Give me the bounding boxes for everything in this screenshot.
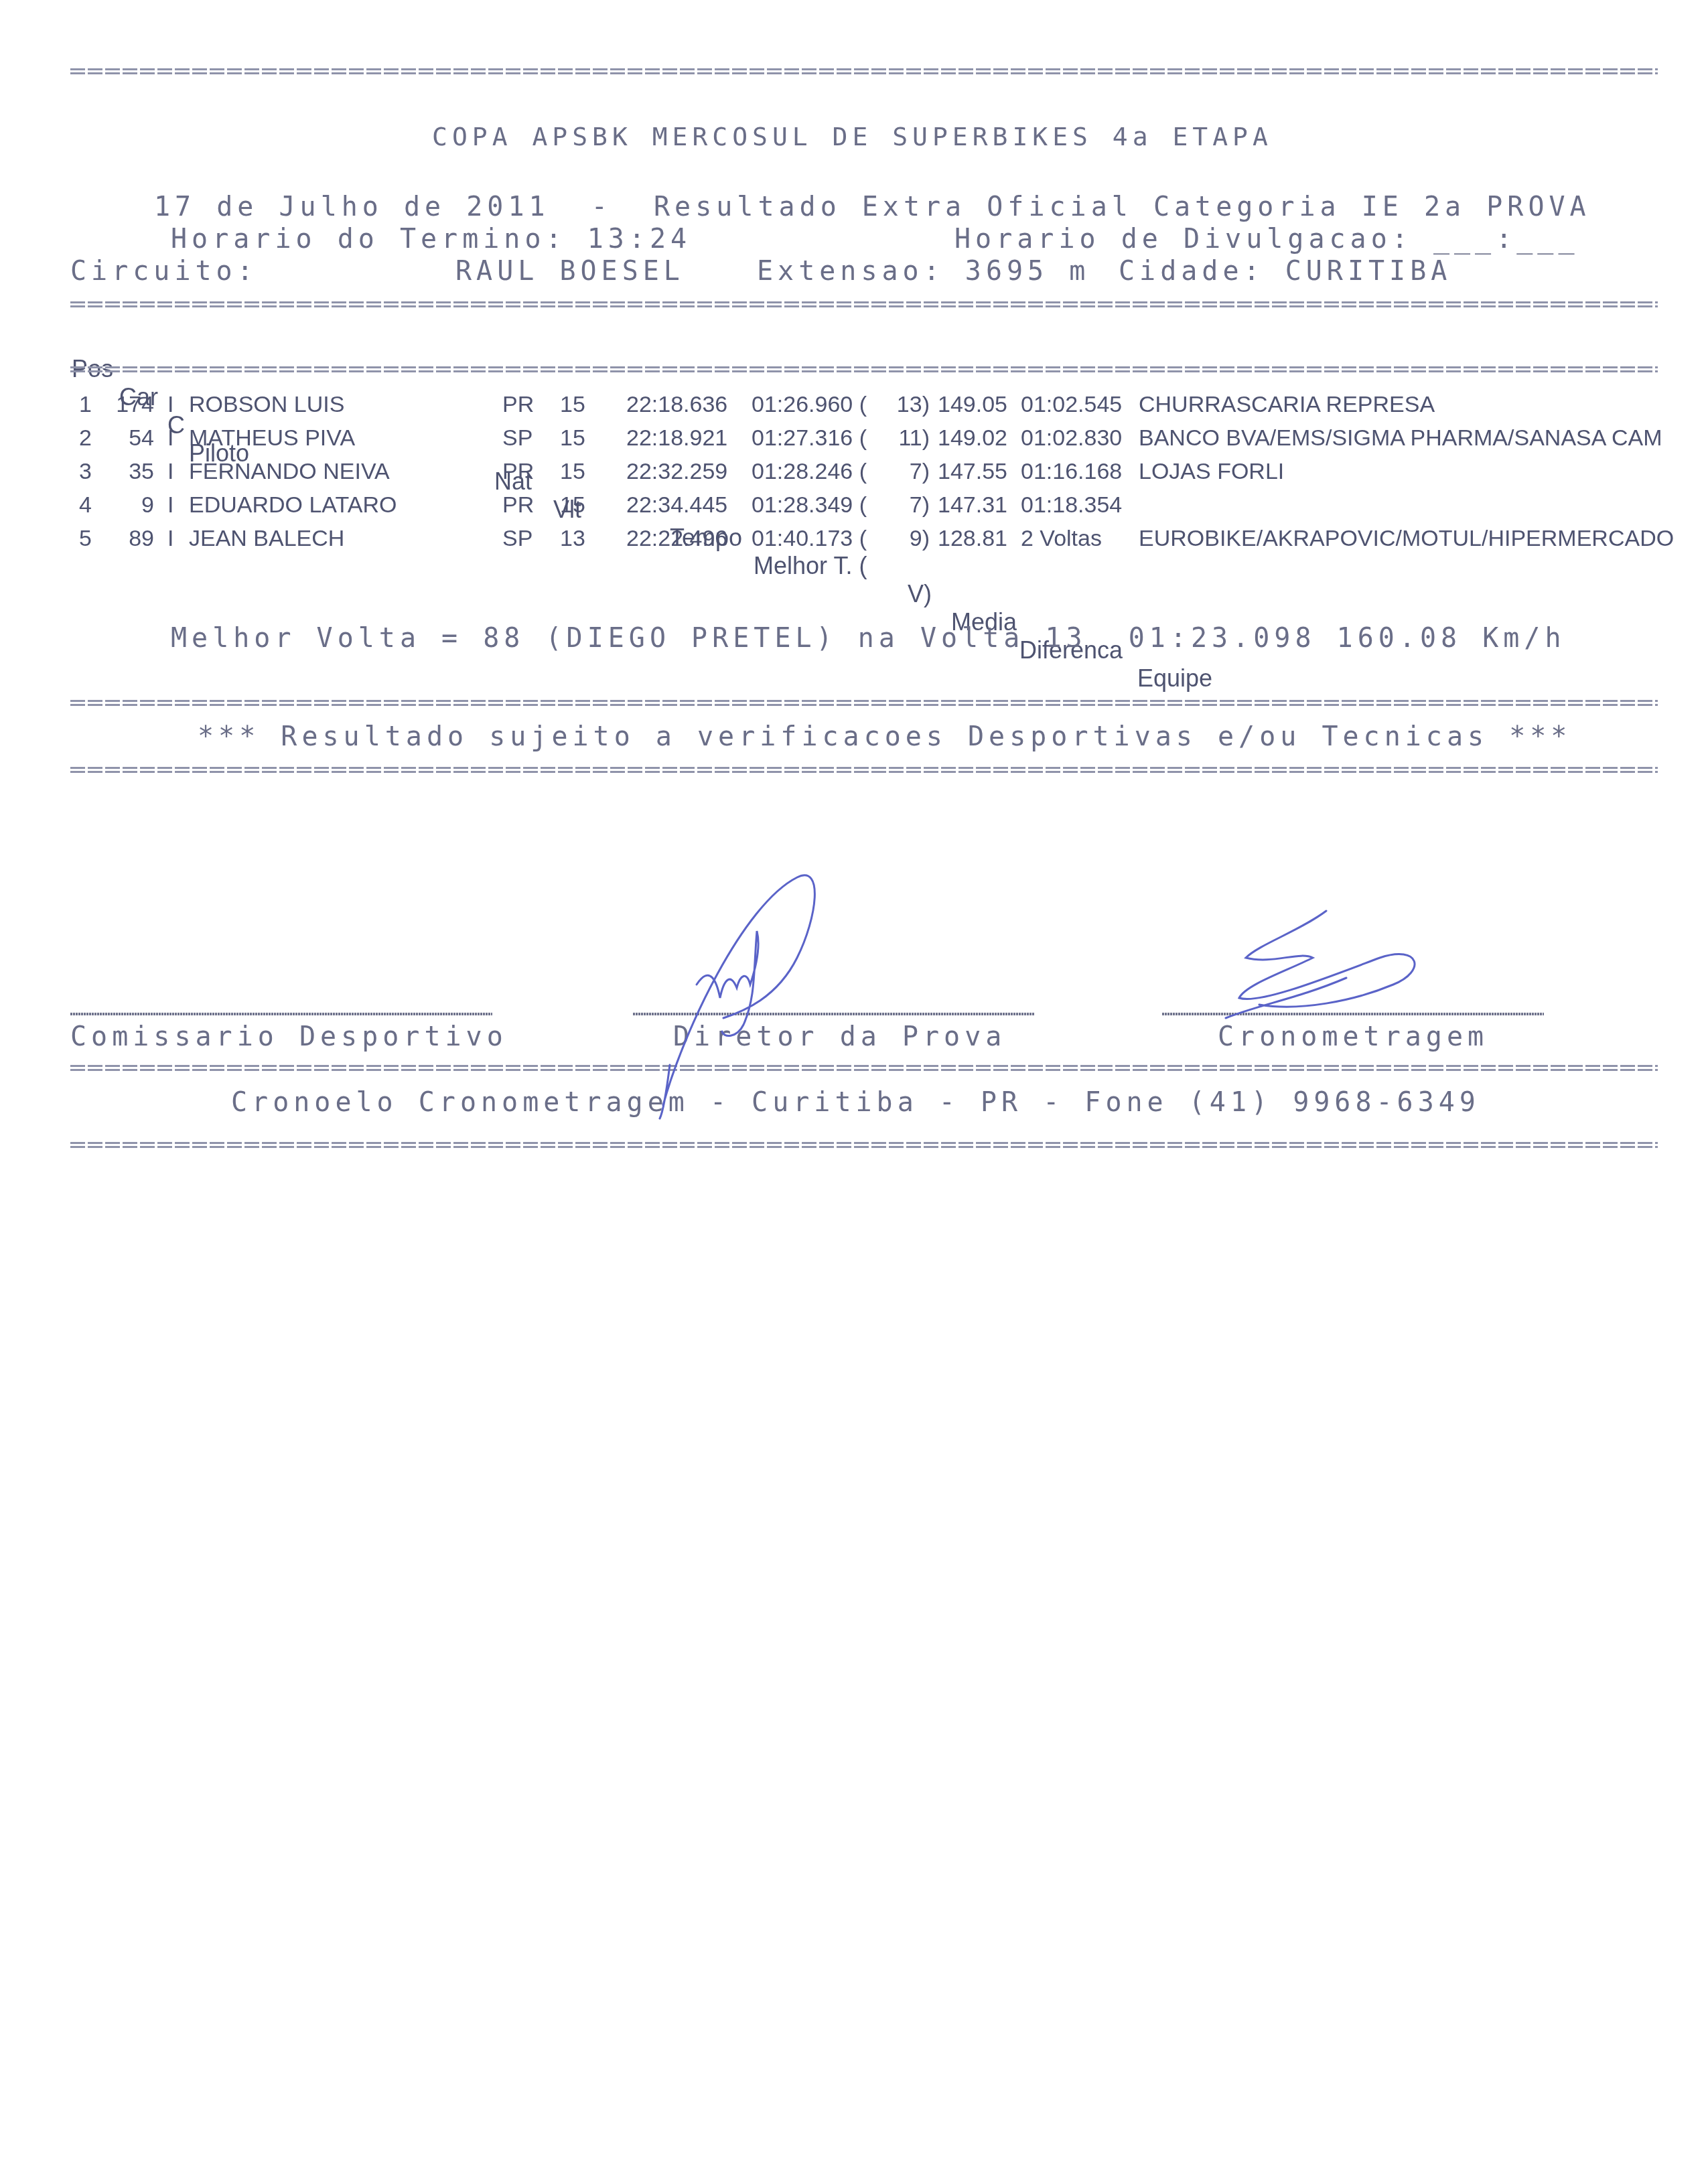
cell-melhor: 01:28.246 ( [752, 459, 867, 485]
disclaimer: *** Resultado sujeito a verificacoes Des… [198, 721, 1571, 752]
cell-nat: PR [502, 392, 534, 418]
header-equipe: Equipe [1137, 664, 1212, 693]
circuit-label: Circuito: [70, 256, 258, 287]
cell-vlt: 15 [560, 425, 585, 451]
cell-piloto: MATHEUS PIVA [189, 425, 355, 451]
label-commissioner: Comissario Desportivo [70, 1021, 508, 1052]
cell-c: I [167, 526, 173, 552]
cell-melhor: 01:28.349 ( [752, 492, 867, 518]
cell-piloto: JEAN BALECH [189, 526, 344, 552]
cell-car: 89 [114, 526, 154, 552]
cell-car: 174 [114, 392, 154, 418]
best-lap-line: Melhor Volta = 88 (DIEGO PRETEL) na Volt… [171, 623, 1566, 654]
release-time: Horario de Divulgacao: ___:___ [954, 224, 1579, 255]
table-row: 335IFERNANDO NEIVAPR1522:32.25901:28.246… [0, 459, 1708, 488]
separator-rule [70, 1142, 1658, 1148]
document-title: COPA APSBK MERCOSUL DE SUPERBIKES 4a ETA… [432, 122, 1273, 151]
table-header: Pos Car C Piloto Nat Vlt Tempo Melhor T.… [0, 327, 1708, 356]
cell-tempo: 22:18.921 [626, 425, 727, 451]
signature-line-commissioner [70, 1013, 492, 1015]
cell-car: 54 [114, 425, 154, 451]
cell-media: 149.02 [938, 425, 1007, 451]
cell-pos: 1 [72, 392, 92, 418]
table-row: 49IEDUARDO LATAROPR1522:34.44501:28.349 … [0, 492, 1708, 522]
separator-rule [70, 767, 1658, 773]
cell-diferenca: 01:02.830 [1021, 425, 1122, 451]
table-row: 589IJEAN BALECHSP1322:22.49601:40.173 (9… [0, 526, 1708, 555]
cell-nat: PR [502, 492, 534, 518]
cell-car: 35 [114, 459, 154, 485]
cell-vlt: 13 [560, 526, 585, 552]
cell-c: I [167, 425, 173, 451]
cell-piloto: FERNANDO NEIVA [189, 459, 390, 485]
cell-tempo: 22:18.636 [626, 392, 727, 418]
cell-diferenca: 2 Voltas [1021, 526, 1102, 552]
cell-equipe: CHURRASCARIA REPRESA [1139, 392, 1435, 418]
city: Cidade: CURITIBA [1119, 256, 1451, 287]
date-result-line: 17 de Julho de 2011 - Resultado Extra Of… [154, 192, 1591, 222]
cell-equipe: EUROBIKE/AKRAPOVIC/MOTUL/HIPERMERCADO [1139, 526, 1674, 552]
separator-rule [70, 366, 1658, 372]
cell-pos: 3 [72, 459, 92, 485]
cell-media: 128.81 [938, 526, 1007, 552]
finish-time: Horario do Termino: 13:24 [171, 224, 691, 255]
table-row: 1174IROBSON LUISPR1522:18.63601:26.960 (… [0, 392, 1708, 421]
cell-pos: 4 [72, 492, 92, 518]
cell-v: 13) [896, 392, 930, 418]
cell-diferenca: 01:16.168 [1021, 459, 1122, 485]
cell-nat: PR [502, 459, 534, 485]
cell-media: 147.55 [938, 459, 1007, 485]
cell-melhor: 01:40.173 ( [752, 526, 867, 552]
cell-piloto: EDUARDO LATARO [189, 492, 397, 518]
cell-melhor: 01:26.960 ( [752, 392, 867, 418]
cell-diferenca: 01:02.545 [1021, 392, 1122, 418]
cell-c: I [167, 492, 173, 518]
cell-vlt: 15 [560, 492, 585, 518]
cell-v: 11) [896, 425, 930, 451]
cell-diferenca: 01:18.354 [1021, 492, 1122, 518]
separator-rule [70, 700, 1658, 706]
cell-tempo: 22:32.259 [626, 459, 727, 485]
cell-vlt: 15 [560, 392, 585, 418]
circuit-name: RAUL BOESEL [455, 256, 685, 287]
cell-vlt: 15 [560, 459, 585, 485]
header-v: V) [908, 580, 932, 608]
cell-media: 147.31 [938, 492, 1007, 518]
cell-c: I [167, 392, 173, 418]
cell-v: 7) [896, 459, 930, 485]
cell-tempo: 22:34.445 [626, 492, 727, 518]
table-row: 254IMATHEUS PIVASP1522:18.92101:27.316 (… [0, 425, 1708, 455]
header-melhor: Melhor T. ( [754, 552, 867, 580]
separator-rule [70, 68, 1658, 74]
cell-v: 7) [896, 492, 930, 518]
separator-rule [70, 301, 1658, 307]
cell-c: I [167, 459, 173, 485]
cell-media: 149.05 [938, 392, 1007, 418]
cell-melhor: 01:27.316 ( [752, 425, 867, 451]
director-signature [643, 864, 884, 1132]
cell-tempo: 22:22.496 [626, 526, 727, 552]
track-length: Extensao: 3695 m [757, 256, 1090, 287]
cell-pos: 2 [72, 425, 92, 451]
cell-pos: 5 [72, 526, 92, 552]
cell-v: 9) [896, 526, 930, 552]
cell-piloto: ROBSON LUIS [189, 392, 344, 418]
cell-equipe: LOJAS FORLI [1139, 459, 1284, 485]
cell-equipe: BANCO BVA/EMS/SIGMA PHARMA/SANASA CAM [1139, 425, 1662, 451]
timing-signature [1219, 904, 1440, 1038]
cell-nat: SP [502, 526, 532, 552]
cell-nat: SP [502, 425, 532, 451]
cell-car: 9 [114, 492, 154, 518]
